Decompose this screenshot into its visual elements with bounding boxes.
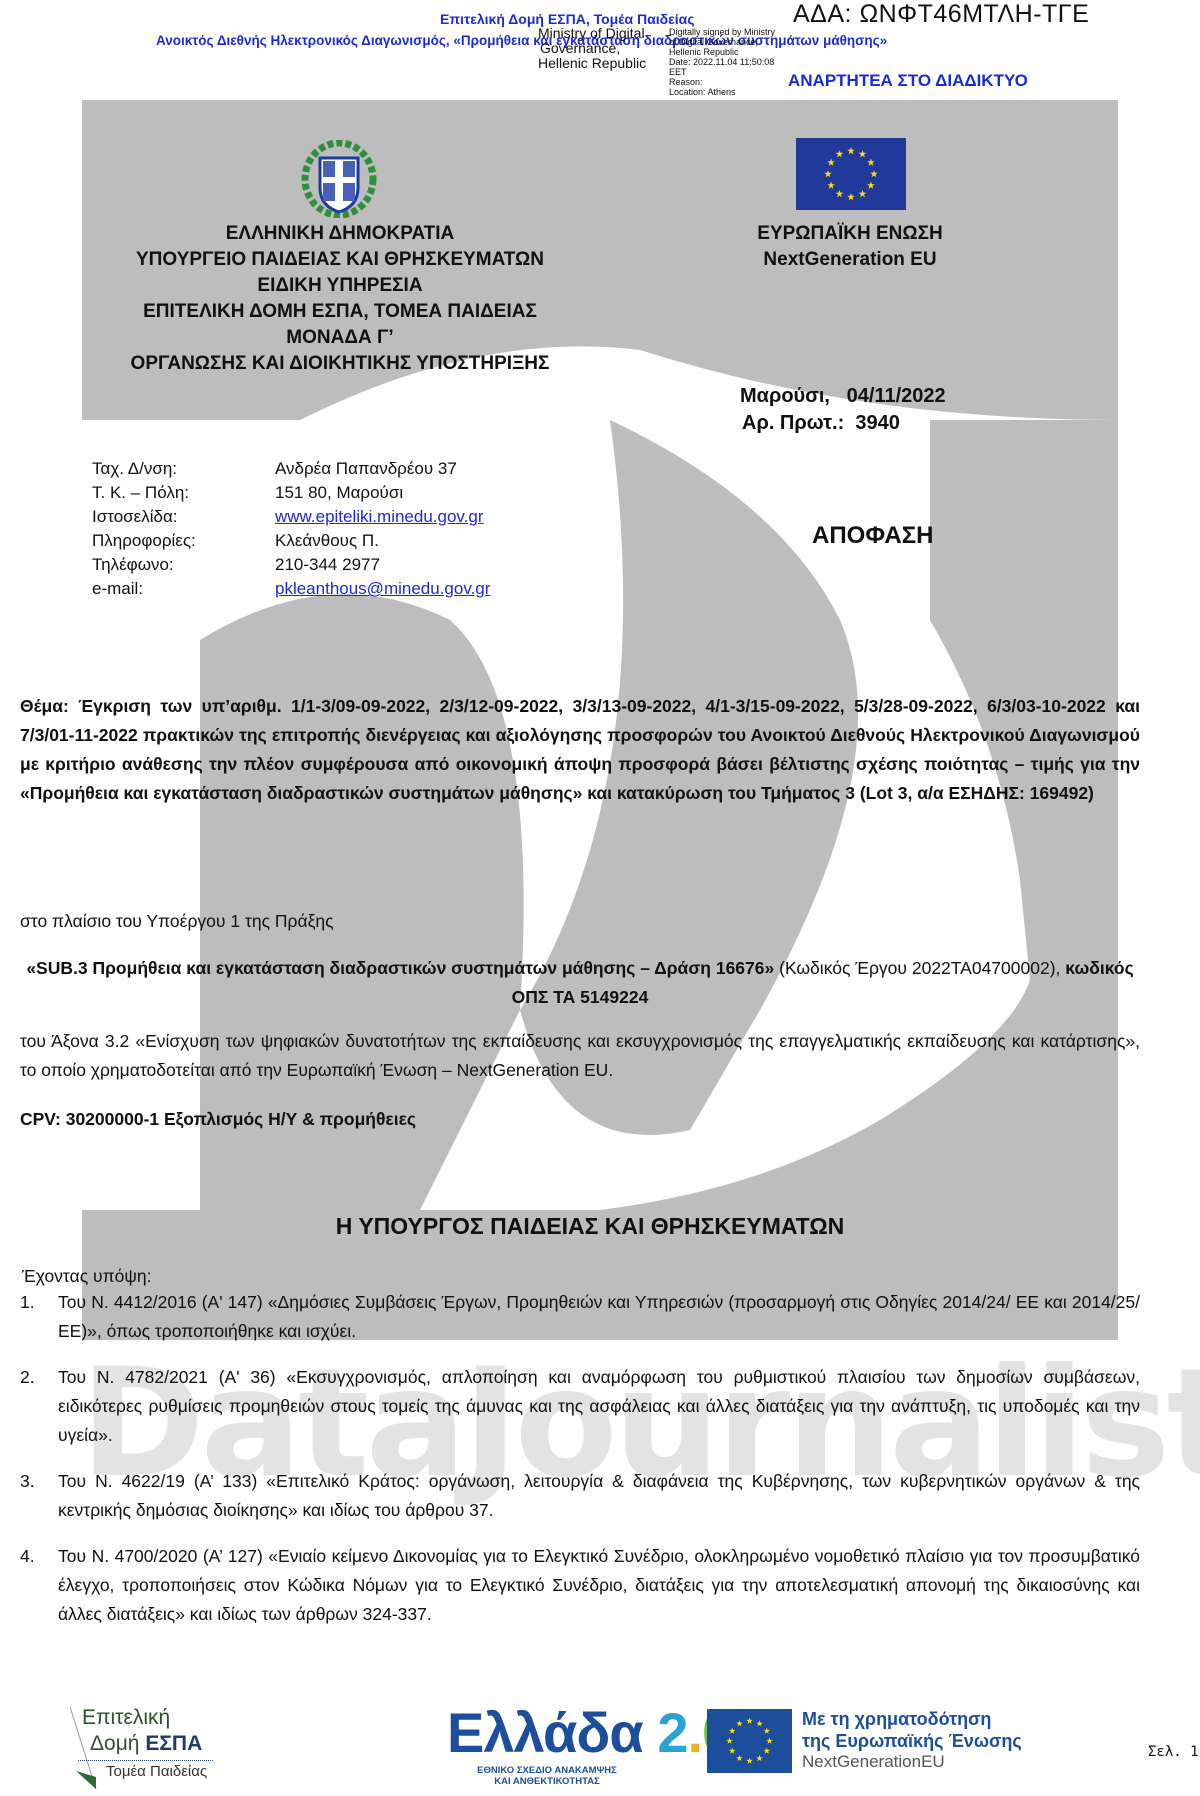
post-online-label: ΑΝΑΡΤΗΤΕΑ ΣΤΟ ΔΙΑΔΙΚΤΥΟ: [788, 71, 1028, 91]
contact-row-phone: Τηλέφωνο:210-344 2977: [92, 553, 490, 577]
project-title: «SUB.3 Προμήθεια και εγκατάσταση διαδρασ…: [20, 954, 1140, 1012]
law-item: 4.Του Ν. 4700/2020 (Α’ 127) «Ενιαίο κείμ…: [20, 1542, 1140, 1629]
place-date: Μαρούσι, 04/11/2022: [740, 383, 946, 410]
axis-text: του Άξονα 3.2 «Ενίσχυση των ψηφιακών δυν…: [20, 1027, 1140, 1085]
contact-row-info: Πληροφορίες:Κλεάνθους Π.: [92, 529, 490, 553]
contact-row-address: Ταχ. Δ/νση:Ανδρέα Παπανδρέου 37: [92, 457, 490, 481]
contact-row-email: e-mail:pkleanthous@minedu.gov.gr: [92, 577, 490, 601]
having-regard: Έχοντας υπόψη:: [22, 1262, 151, 1291]
greek-emblem-icon: [300, 140, 378, 218]
law-item: 2.Του Ν. 4782/2021 (Α' 36) «Εκσυγχρονισμ…: [20, 1363, 1140, 1450]
digital-signature-details: Digitally signed by Ministry of Digital …: [669, 27, 775, 97]
organization-heading: ΕΛΛΗΝΙΚΗ ΔΗΜΟΚΡΑΤΙΑ ΥΠΟΥΡΓΕΙΟ ΠΑΙΔΕΙΑΣ Κ…: [100, 221, 580, 377]
date-block: Μαρούσι, 04/11/2022 Αρ. Πρωτ.: 3940: [740, 383, 946, 437]
laws-list: 1.Του Ν. 4412/2016 (Α' 147) «Δημόσιες Συ…: [20, 1288, 1140, 1646]
email-link[interactable]: pkleanthous@minedu.gov.gr: [275, 577, 490, 601]
contact-row-website: Ιστοσελίδα:www.epiteliki.minedu.gov.gr: [92, 505, 490, 529]
eu-funding-text: Με τη χρηματοδότηση της Ευρωπαϊκής Ένωση…: [802, 1708, 1022, 1772]
eu-flag-icon: [796, 138, 906, 210]
digital-signature-signer: Ministry of Digital Governance, Hellenic…: [538, 26, 646, 71]
page-number: Σελ. 1: [1148, 1744, 1199, 1760]
context-line: στο πλαίσιο του Υποέργου 1 της Πράξης: [20, 907, 334, 936]
document-type: ΑΠΟΦΑΣΗ: [812, 522, 933, 550]
greece-2-0-logo: Ελλάδα 2.0 ΕΘΝΙΚΟ ΣΧΕΔΙΟ ΑΝΑΚΑΜΨΗΣΚΑΙ ΑΝ…: [447, 1700, 732, 1787]
espa-logo: Επιτελική Δομή ΕΣΠΑ Τομέα Παιδείας: [68, 1705, 218, 1791]
protocol-number: Αρ. Πρωτ.: 3940: [740, 410, 946, 437]
contact-row-city: Τ. Κ. – Πόλη:151 80, Μαρούσι: [92, 481, 490, 505]
ada-code: ΑΔΑ: ΩΝΦΤ46ΜΤΛΗ-ΤΓΕ: [793, 0, 1089, 29]
eu-flag-footer-icon: [707, 1709, 792, 1773]
website-link[interactable]: www.epiteliki.minedu.gov.gr: [275, 505, 484, 529]
subject: Θέμα: Έγκριση των υπ’αριθμ. 1/1-3/09-09-…: [20, 692, 1140, 808]
contact-info: Ταχ. Δ/νση:Ανδρέα Παπανδρέου 37 Τ. Κ. – …: [92, 457, 490, 601]
minister-heading: Η ΥΠΟΥΡΓΟΣ ΠΑΙΔΕΙΑΣ ΚΑΙ ΘΡΗΣΚΕΥΜΑΤΩΝ: [20, 1213, 1160, 1240]
eu-heading: ΕΥΡΩΠΑΪΚΗ ΕΝΩΣΗ NextGeneration EU: [720, 221, 980, 273]
cpv-code: CPV: 30200000-1 Εξοπλισμός Η/Υ & προμήθε…: [20, 1105, 416, 1134]
stamp-tender-line: Ανοικτός Διεθνής Ηλεκτρονικός Διαγωνισμό…: [156, 33, 887, 48]
law-item: 1.Του Ν. 4412/2016 (Α' 147) «Δημόσιες Συ…: [20, 1288, 1140, 1346]
law-item: 3.Του Ν. 4622/19 (Α’ 133) «Επιτελικό Κρά…: [20, 1467, 1140, 1525]
